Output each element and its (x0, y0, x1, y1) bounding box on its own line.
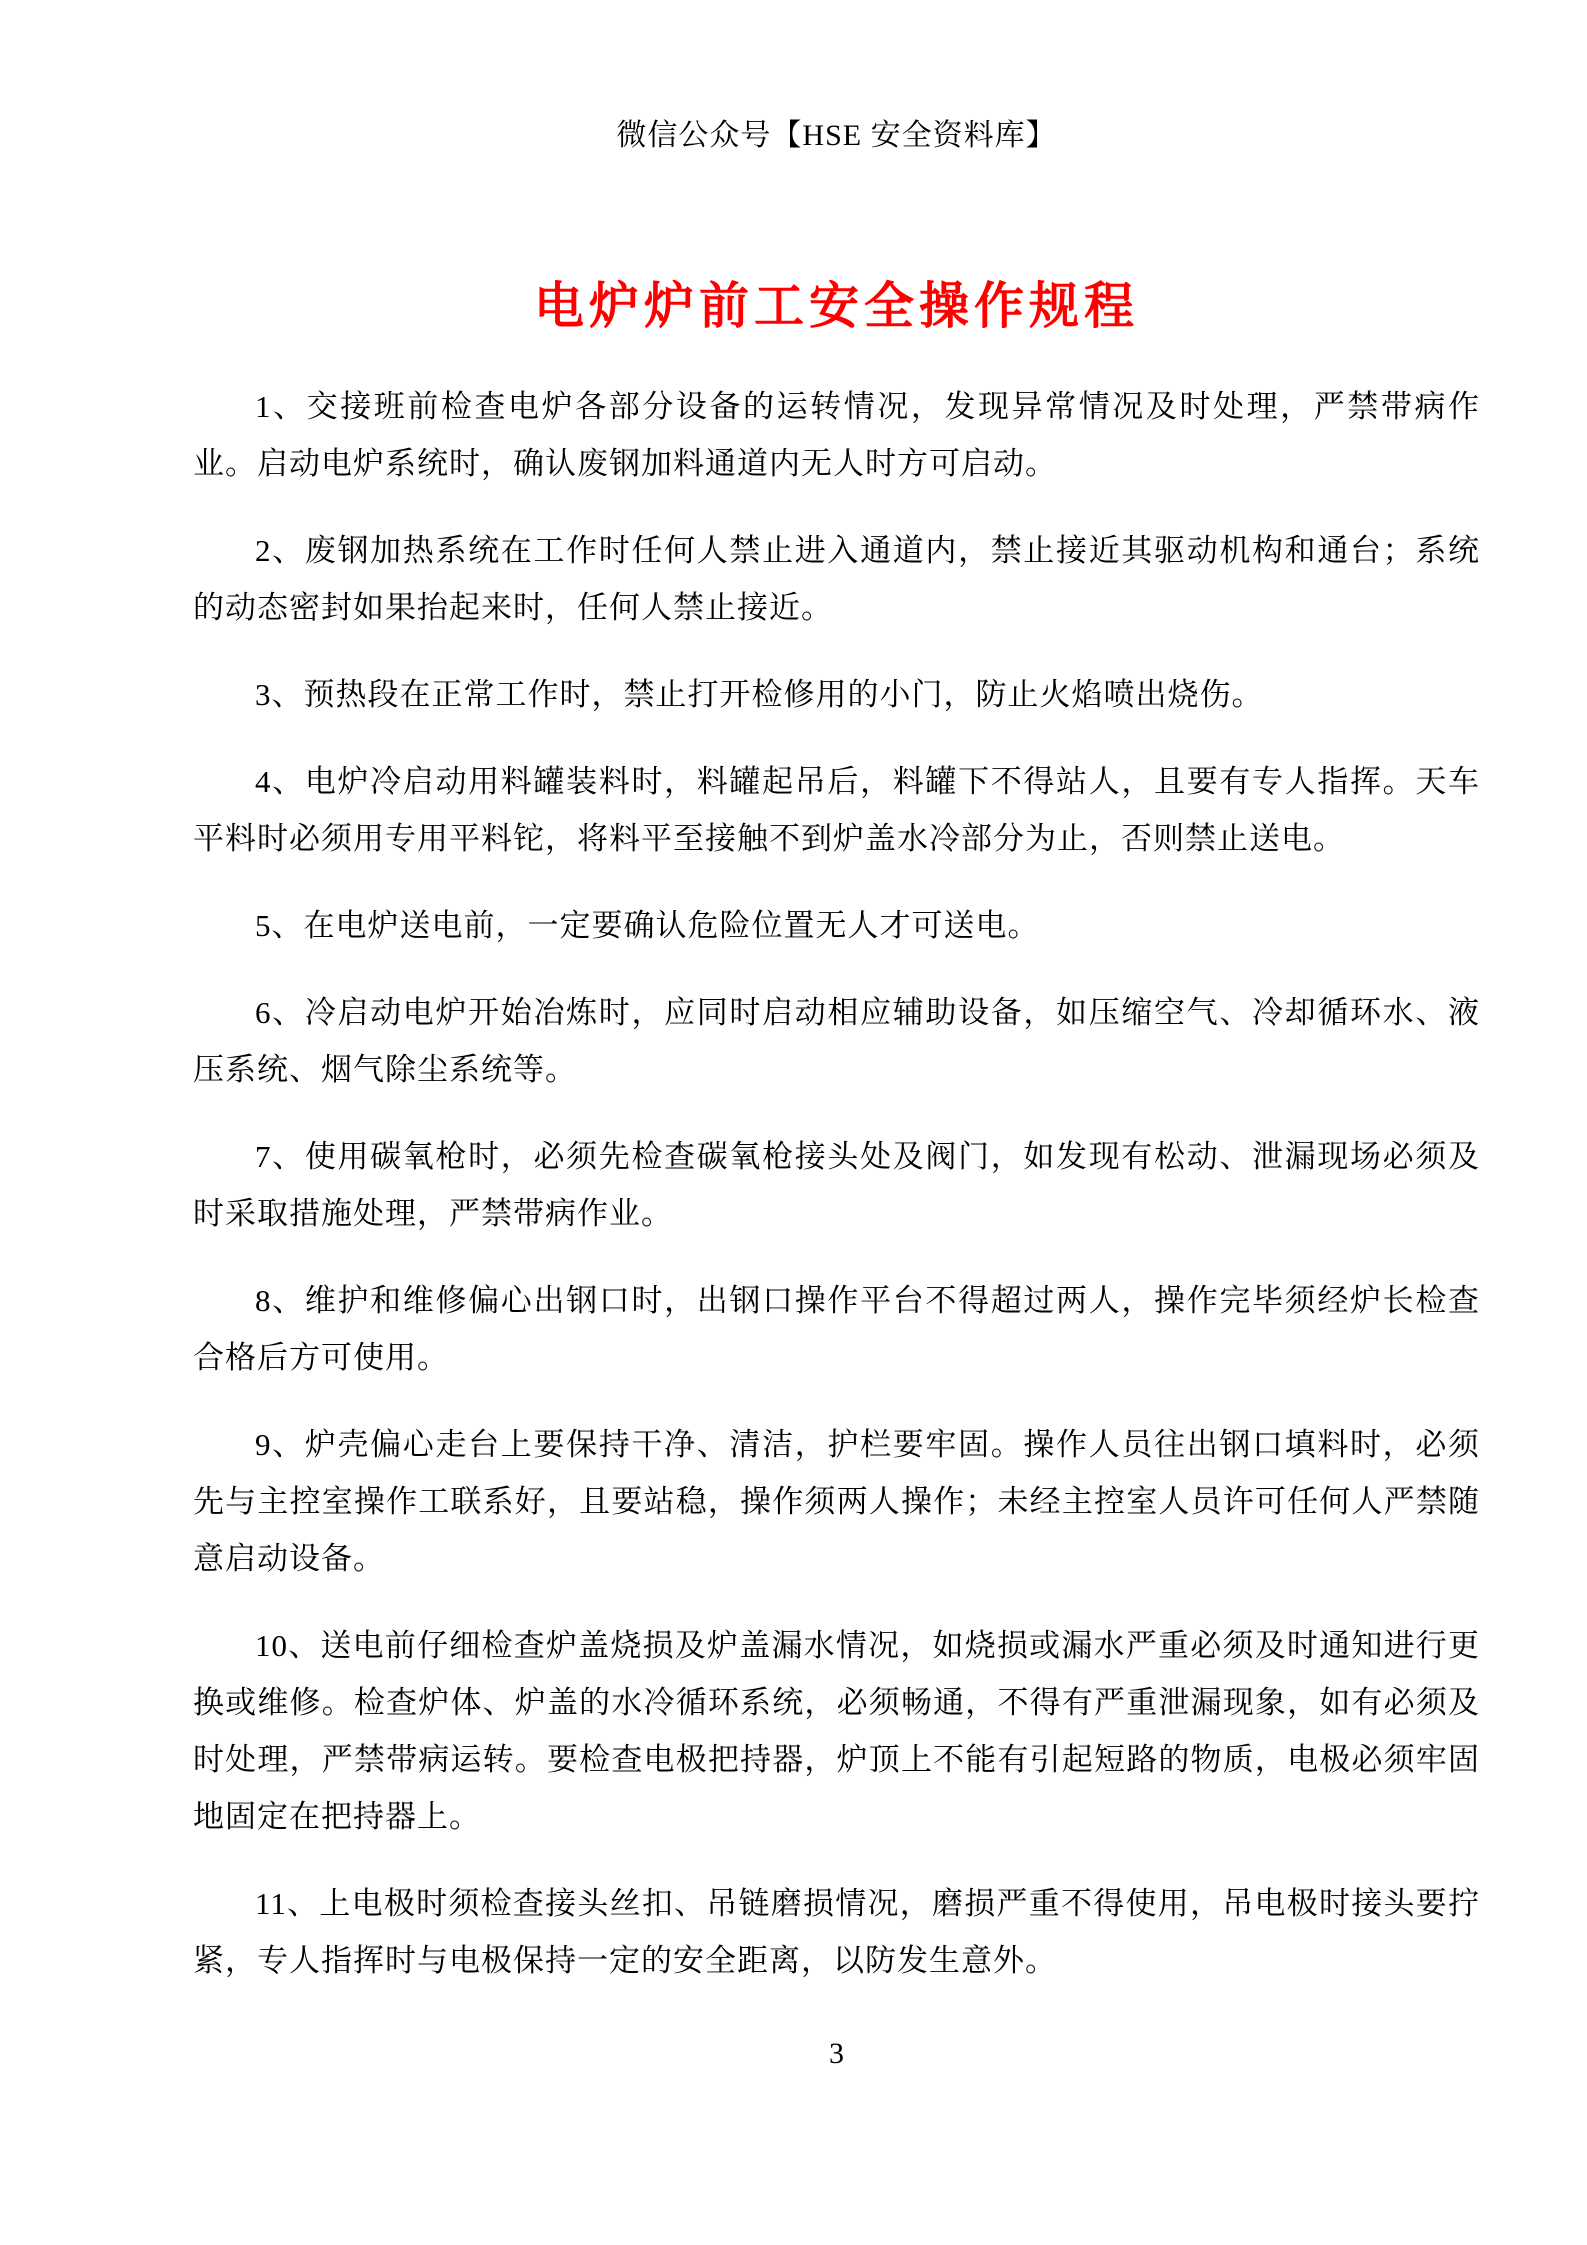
document-title: 电炉炉前工安全操作规程 (193, 276, 1480, 336)
paragraph: 10、送电前仔细检查炉盖烧损及炉盖漏水情况，如烧损或漏水严重必须及时通知进行更换… (193, 1617, 1480, 1845)
paragraph: 1、交接班前检查电炉各部分设备的运转情况，发现异常情况及时处理，严禁带病作业。启… (193, 378, 1480, 492)
paragraph: 8、维护和维修偏心出钢口时，出钢口操作平台不得超过两人，操作完毕须经炉长检查合格… (193, 1272, 1480, 1386)
paragraph: 9、炉壳偏心走台上要保持干净、清洁，护栏要牢固。操作人员往出钢口填料时，必须先与… (193, 1416, 1480, 1587)
paragraph: 4、电炉冷启动用料罐装料时，料罐起吊后，料罐下不得站人，且要有专人指挥。天车平料… (193, 753, 1480, 867)
paragraph: 3、预热段在正常工作时，禁止打开检修用的小门，防止火焰喷出烧伤。 (193, 666, 1480, 723)
paragraph: 5、在电炉送电前，一定要确认危险位置无人才可送电。 (193, 897, 1480, 954)
paragraph: 2、废钢加热系统在工作时任何人禁止进入通道内，禁止接近其驱动机构和通台；系统的动… (193, 522, 1480, 636)
paragraph-list: 1、交接班前检查电炉各部分设备的运转情况，发现异常情况及时处理，严禁带病作业。启… (193, 378, 1480, 1989)
document-page: 微信公众号【HSE 安全资料库】 电炉炉前工安全操作规程 1、交接班前检查电炉各… (0, 0, 1587, 2245)
page-number: 3 (193, 2037, 1480, 2071)
paragraph: 11、上电极时须检查接头丝扣、吊链磨损情况，磨损严重不得使用，吊电极时接头要拧紧… (193, 1875, 1480, 1989)
wechat-public-account-header: 微信公众号【HSE 安全资料库】 (193, 118, 1480, 154)
paragraph: 7、使用碳氧枪时，必须先检查碳氧枪接头处及阀门，如发现有松动、泄漏现场必须及时采… (193, 1128, 1480, 1242)
paragraph: 6、冷启动电炉开始冶炼时，应同时启动相应辅助设备，如压缩空气、冷却循环水、液压系… (193, 984, 1480, 1098)
